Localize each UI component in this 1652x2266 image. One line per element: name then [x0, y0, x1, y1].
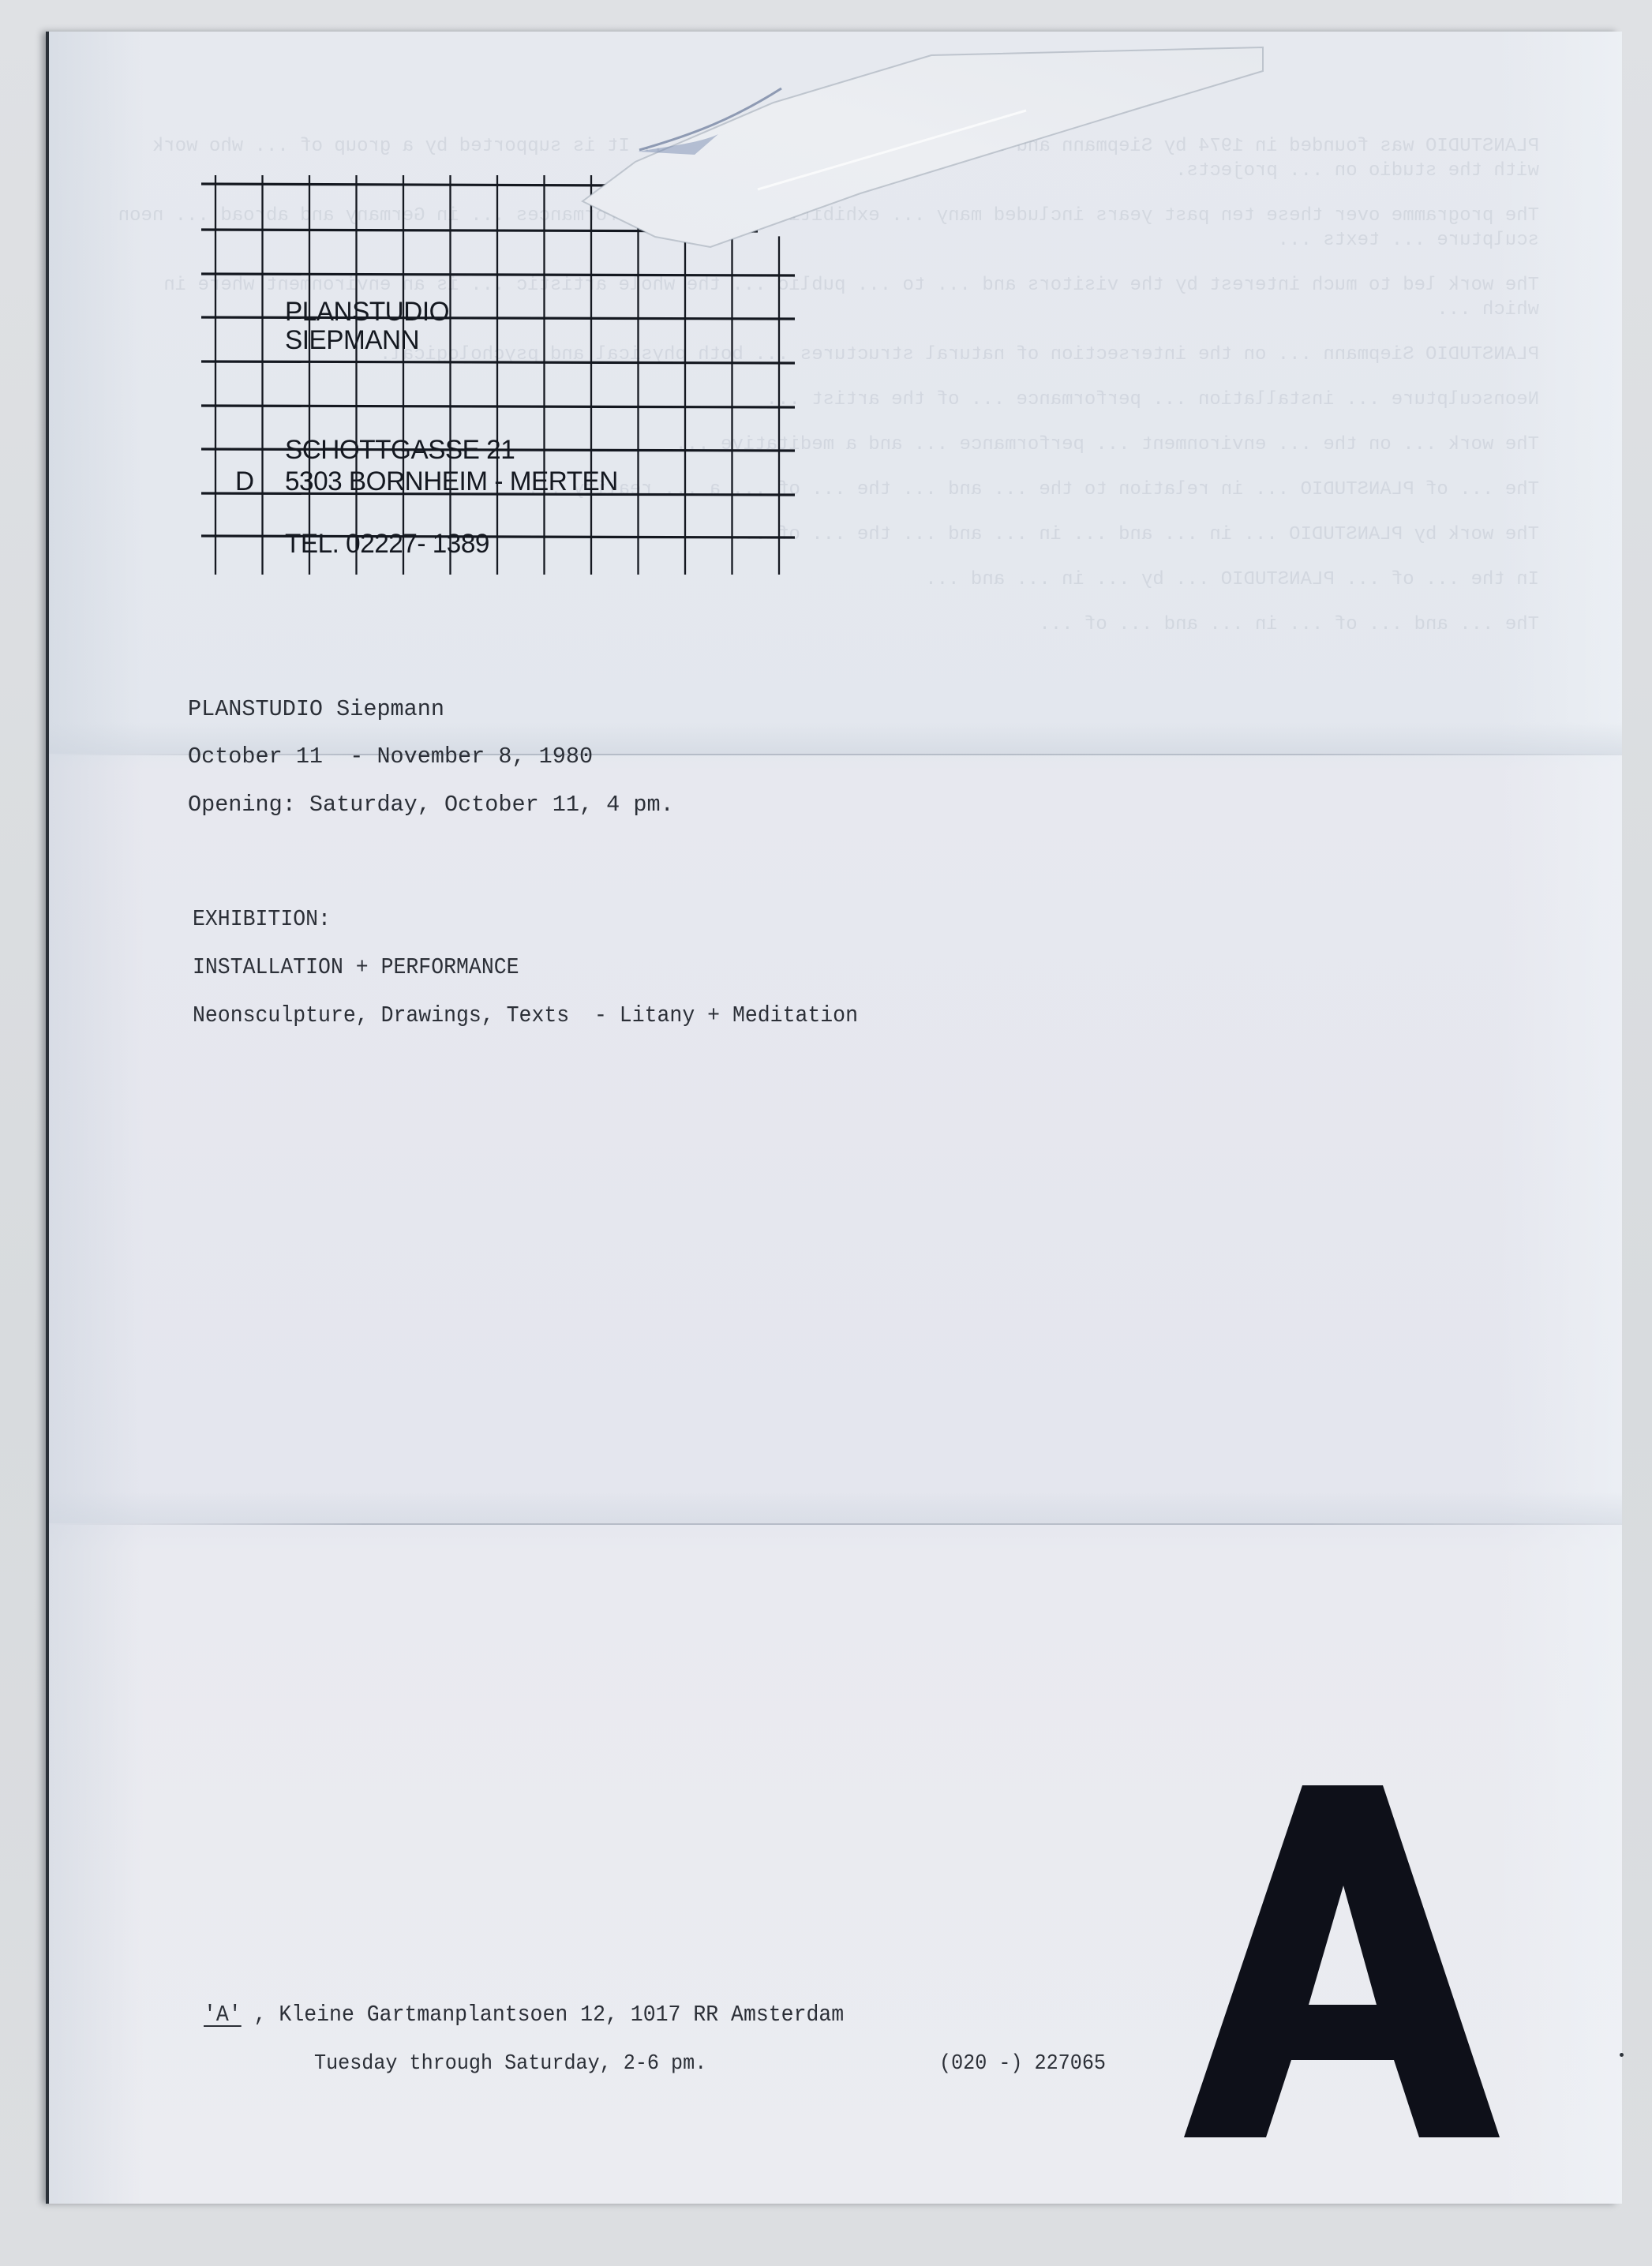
fold-shadow: [49, 1492, 1622, 1523]
gallery-address: , Kleine Gartmanplantsoen 12, 1017 RR Am…: [242, 2002, 844, 2028]
gallery-phone: (020 -) 227065: [939, 2052, 1106, 2076]
letterhead-country-code: D: [235, 468, 254, 495]
dust-speck: [1620, 2053, 1624, 2057]
letterhead-grid: [0, 0, 1652, 631]
gallery-hours: Tuesday through Saturday, 2-6 pm.: [314, 2052, 706, 2076]
exhibition-works: Neonsculpture, Drawings, Texts - Litany …: [193, 1004, 858, 1028]
gallery-name: 'A': [204, 2002, 242, 2028]
artist-name: PLANSTUDIO Siepmann: [188, 698, 444, 721]
letterhead-name-line2: SIEPMANN: [285, 327, 419, 354]
letterhead-phone: TEL. 02227- 1389: [285, 530, 489, 557]
letterhead-city: 5303 BORNHEIM - MERTEN: [285, 468, 618, 495]
exhibition-dates: October 11 - November 8, 1980: [188, 745, 593, 769]
opening-info: Opening: Saturday, October 11, 4 pm.: [188, 793, 674, 817]
letterhead-name-line1: PLANSTUDIO: [285, 298, 449, 325]
exhibition-type: INSTALLATION + PERFORMANCE: [193, 956, 519, 979]
letterhead-street: SCHOTTGASSE 21: [285, 436, 515, 463]
gallery-a-logo-icon: [1184, 1785, 1500, 2137]
gallery-address-line: 'A' , Kleine Gartmanplantsoen 12, 1017 R…: [204, 2003, 844, 2027]
fold-line: [49, 1523, 1622, 1525]
exhibition-label: EXHIBITION:: [193, 908, 331, 931]
